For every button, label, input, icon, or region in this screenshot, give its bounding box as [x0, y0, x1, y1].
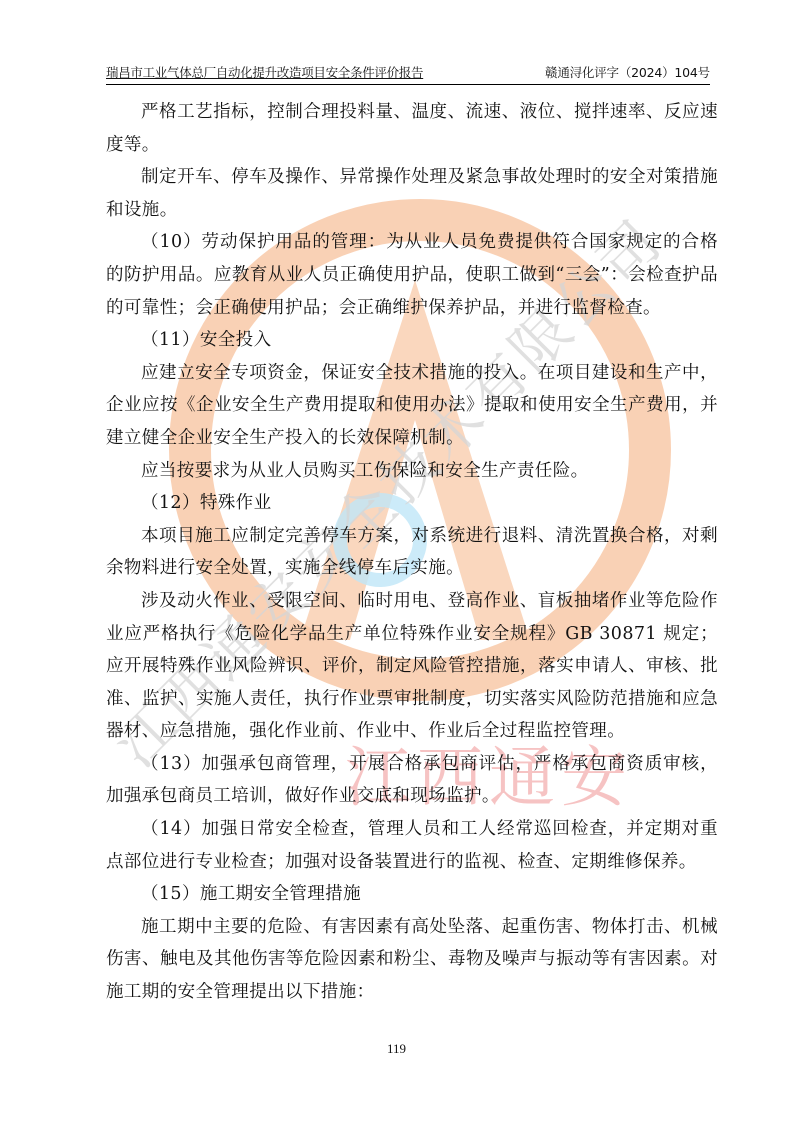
paragraph: 本项目施工应制定完善停车方案，对系统进行退料、清洗置换合格，对剩余物料进行安全处… [106, 520, 718, 585]
paragraph: 严格工艺指标，控制合理投料量、温度、流速、液位、搅拌速率、反应速度等。 [106, 96, 718, 161]
paragraph: 涉及动火作业、受限空间、临时用电、登高作业、盲板抽堵作业等危险作业应严格执行《危… [106, 585, 718, 748]
section-heading: （15）施工期安全管理措施 [106, 878, 718, 911]
paragraph: 施工期中主要的危险、有害因素有高处坠落、起重伤害、物体打击、机械伤害、触电及其他… [106, 911, 718, 1009]
paragraph: （14）加强日常安全检查，管理人员和工人经常巡回检查，并定期对重点部位进行专业检… [106, 813, 718, 878]
paragraph: 制定开车、停车及操作、异常操作处理及紧急事故处理时的安全对策措施和设施。 [106, 161, 718, 226]
document-number: 赣通浔化评字（2024）104号 [545, 64, 710, 82]
document-body: 严格工艺指标，控制合理投料量、温度、流速、液位、搅拌速率、反应速度等。 制定开车… [106, 96, 718, 1009]
paragraph: 应建立安全专项资金，保证安全技术措施的投入。在项目建设和生产中，企业应按《企业安… [106, 357, 718, 455]
page-header: 瑞昌市工业气体总厂自动化提升改造项目安全条件评价报告 赣通浔化评字（2024）1… [106, 64, 710, 85]
section-heading: （11）安全投入 [106, 324, 718, 357]
paragraph: （10）劳动保护用品的管理：为从业人员免费提供符合国家规定的合格的防护用品。应教… [106, 226, 718, 324]
paragraph: 应当按要求为从业人员购买工伤保险和安全生产责任险。 [106, 455, 718, 488]
report-title: 瑞昌市工业气体总厂自动化提升改造项目安全条件评价报告 [106, 64, 423, 82]
page-number: 119 [0, 1041, 793, 1057]
section-heading: （12）特殊作业 [106, 487, 718, 520]
paragraph: （13）加强承包商管理，开展合格承包商评估，严格承包商资质审核，加强承包商员工培… [106, 748, 718, 813]
